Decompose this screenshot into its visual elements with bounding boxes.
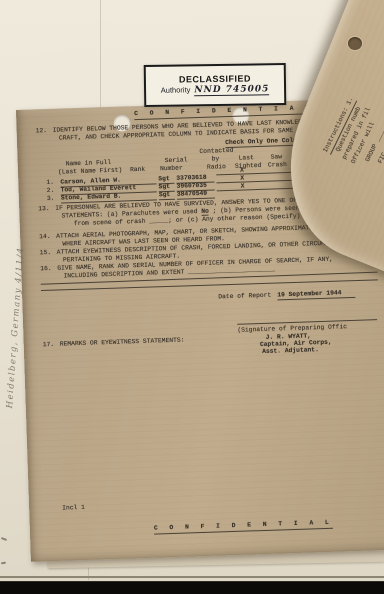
stamp-authority-number: NND 745005 xyxy=(194,84,269,96)
stamp-authority-label: Authority xyxy=(161,85,191,94)
enclosure-note: Incl 1 xyxy=(62,504,85,513)
stamp-title: DECLASSIFIED xyxy=(179,73,251,84)
check-mark-last-sighted: X xyxy=(241,182,245,190)
row-number: 3. xyxy=(47,195,55,203)
item15-number: 15. xyxy=(40,249,52,257)
scan-black-strip xyxy=(0,581,384,594)
item17-number: 17. xyxy=(43,341,55,349)
preparing-officer-role: Asst. Adjutant. xyxy=(262,346,319,356)
header-number: Number xyxy=(160,165,183,174)
crewman-rank: Sgt xyxy=(159,191,175,201)
check-mark-last-sighted: X xyxy=(240,166,244,174)
pencil-mark xyxy=(1,537,7,541)
declassified-stamp: DECLASSIFIED Authority NND 745005 xyxy=(144,63,287,107)
item16-number: 16. xyxy=(40,265,52,273)
item12-number: 12. xyxy=(36,127,48,135)
scan-edge-line xyxy=(0,576,384,578)
item13-number: 13. xyxy=(38,205,50,213)
item14-number: 14. xyxy=(39,233,51,241)
crewman-serial: 38470549 xyxy=(177,189,215,199)
date-of-report-value: 19 September 1944 xyxy=(277,289,356,301)
pencil-mark xyxy=(1,562,6,565)
backing-crease-top xyxy=(100,0,101,108)
row-number: 1. xyxy=(46,179,54,187)
check-mark-last-sighted: X xyxy=(240,174,244,182)
header-rank: Rank xyxy=(130,166,145,174)
header-last-name-first: (Last Name First) xyxy=(58,167,122,177)
punch-hole-instruction-sheet xyxy=(348,37,362,50)
classification-footer: C O N F I D E N T I A L xyxy=(154,519,333,535)
date-of-report-label: Date of Report xyxy=(218,292,271,302)
item17-label: REMARKS OR EYEWITNESS STATEMENTS: xyxy=(60,337,185,349)
